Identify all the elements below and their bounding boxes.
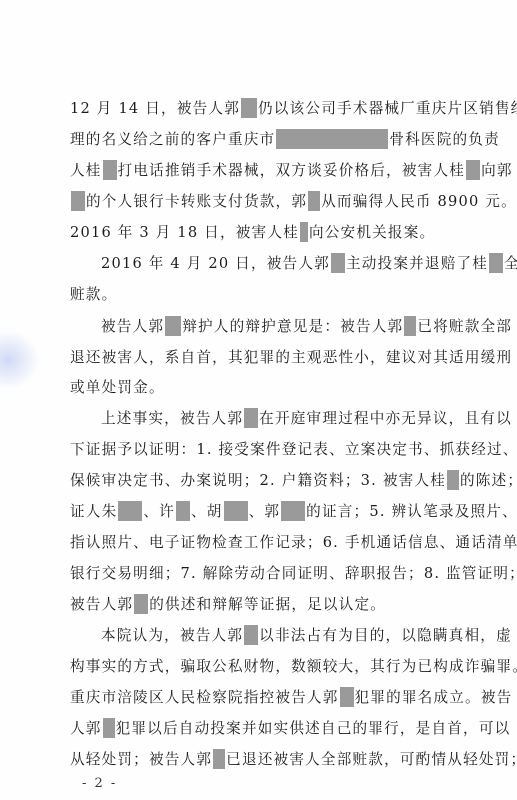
- text-span: 的证言；5. 辨认笔录及照片、: [306, 503, 517, 520]
- redaction-block: [165, 316, 181, 336]
- text-line: 银行交易明细；7. 解除劳动合同证明、辞职报告；8. 监管证明；9.: [70, 563, 480, 585]
- redaction-block: [224, 501, 248, 521]
- text-span: 或单处罚金。: [70, 379, 165, 396]
- text-span: 本院认为，被告人郭: [101, 627, 243, 644]
- text-line: 被告人郭的供述和辩解等证据，足以认定。: [70, 594, 480, 616]
- redaction-block: [118, 501, 142, 521]
- text-line: 从轻处罚；被告人郭已退还被害人全部赃款，可酌情从轻处罚；: [70, 749, 480, 771]
- text-span: 人郭: [70, 720, 102, 737]
- text-span: 全部: [504, 255, 517, 272]
- text-span: 2016 年 4 月 20 日，被告人郭: [101, 255, 330, 272]
- text-span: 主动投案并退赔了桂: [346, 255, 488, 272]
- text-span: 保候审决定书、办案说明；2. 户籍资料；3. 被害人桂: [70, 472, 446, 489]
- text-span: 上述事实，被告人郭: [101, 410, 243, 427]
- text-line: 本院认为，被告人郭以非法占有为目的，以隐瞒真相，虚: [101, 625, 480, 647]
- text-span: 从而骗得人民币 8900 元。: [321, 193, 517, 210]
- redaction-block: [308, 191, 320, 211]
- text-span: 、许: [143, 503, 175, 520]
- text-line: 证人朱、许、胡、郭的证言；5. 辨认笔录及照片、: [70, 501, 480, 523]
- text-span: 犯罪的罪名成立。被告: [355, 689, 513, 706]
- text-span: 银行交易明细；7. 解除劳动合同证明、辞职报告；8. 监管证明；9.: [70, 565, 517, 582]
- redaction-block: [466, 160, 480, 180]
- text-span: 已将赃款全部: [417, 318, 512, 335]
- scan-artifact: [0, 330, 40, 390]
- text-span: 以非法占有为目的，以隐瞒真相，虚: [259, 627, 512, 644]
- text-span: 向郭: [481, 162, 513, 179]
- text-line: 被告人郭辩护人的辩护意见是：被告人郭已将赃款全部: [101, 316, 480, 338]
- redaction-block: [489, 253, 503, 273]
- text-span: 证人朱: [70, 503, 117, 520]
- redaction-block: [244, 408, 258, 428]
- text-line: 人桂打电话推销手术器械，双方谈妥价格后，被害人桂向郭: [70, 160, 480, 182]
- redaction-block: [300, 222, 308, 242]
- text-span: 的供述和辩解等证据，足以认定。: [149, 596, 386, 613]
- text-span: 骨科医院的负责: [389, 131, 500, 148]
- redaction-block: [340, 687, 354, 707]
- text-span: 构事实的方式，骗取公私财物，数额较大，其行为已构成诈骗罪。: [70, 658, 517, 675]
- text-line: 上述事实，被告人郭在开庭审理过程中亦无异议，且有以: [101, 408, 480, 430]
- text-line: 指认照片、电子证物检查工作记录；6. 手机通话信息、通话清单、: [70, 532, 480, 554]
- text-span: 退还被害人，系自首，其犯罪的主观恶性小，建议对其适用缓刑: [70, 349, 512, 366]
- text-span: 指认照片、电子证物检查工作记录；6. 手机通话信息、通话清单、: [70, 534, 517, 551]
- text-span: 被告人郭: [101, 318, 164, 335]
- redaction-block: [447, 470, 459, 490]
- text-span: 2016 年 3 月 18 日，被害人桂: [70, 224, 299, 241]
- document-page: 12 月 14 日，被告人郭仍以该公司手术器械厂重庆片区销售经 理的名义给之前的…: [0, 0, 517, 800]
- text-span: 理的名义给之前的客户重庆市: [70, 131, 275, 148]
- redaction-block: [134, 594, 148, 614]
- text-line: 重庆市涪陵区人民检察院指控被告人郭犯罪的罪名成立。被告: [70, 687, 480, 709]
- text-line: 理的名义给之前的客户重庆市骨科医院的负责: [70, 129, 480, 151]
- redaction-block: [213, 749, 225, 769]
- redaction-block: [176, 501, 190, 521]
- redaction-block: [281, 501, 305, 521]
- text-span: 辩护人的辩护意见是：被告人郭: [182, 318, 403, 335]
- text-line: 2016 年 3 月 18 日，被害人桂向公安机关报案。: [70, 222, 480, 244]
- text-line: 保候审决定书、办案说明；2. 户籍资料；3. 被害人桂的陈述；4.: [70, 470, 480, 492]
- text-span: 已退还被害人全部赃款，可酌情从轻处罚；: [226, 751, 517, 768]
- text-span: 、胡: [191, 503, 223, 520]
- text-line: 人郭犯罪以后自动投案并如实供述自己的罪行，是自首，可以: [70, 718, 480, 740]
- text-line: 赃款。: [70, 284, 480, 306]
- text-line: 或单处罚金。: [70, 377, 480, 399]
- text-line: 退还被害人，系自首，其犯罪的主观恶性小，建议对其适用缓刑: [70, 347, 480, 369]
- text-span: 被告人郭: [70, 596, 133, 613]
- page-number: - 2 -: [82, 776, 117, 791]
- redaction-block: [244, 625, 258, 645]
- text-span: 重庆市涪陵区人民检察院指控被告人郭: [70, 689, 339, 706]
- text-span: 人桂: [70, 162, 102, 179]
- text-line: 的个人银行卡转账支付货款，郭从而骗得人民币 8900 元。: [70, 191, 480, 213]
- redaction-block: [331, 253, 345, 273]
- text-line: 12 月 14 日，被告人郭仍以该公司手术器械厂重庆片区销售经: [70, 98, 480, 120]
- text-span: 在开庭审理过程中亦无异议，且有以: [259, 410, 512, 427]
- text-span: 的个人银行卡转账支付货款，郭: [86, 193, 307, 210]
- text-line: 下证据予以证明：1. 接受案件登记表、立案决定书、抓获经过、取: [70, 439, 480, 461]
- redaction-block: [241, 98, 257, 118]
- text-line: 2016 年 4 月 20 日，被告人郭主动投案并退赔了桂全部: [101, 253, 480, 275]
- redaction-block: [276, 129, 388, 149]
- text-span: 、郭: [249, 503, 281, 520]
- redaction-block: [103, 160, 117, 180]
- text-line: 构事实的方式，骗取公私财物，数额较大，其行为已构成诈骗罪。: [70, 656, 480, 678]
- text-span: 的陈述；4.: [460, 472, 517, 489]
- text-span: 赃款。: [70, 286, 117, 303]
- text-span: 从轻处罚；被告人郭: [70, 751, 212, 768]
- text-span: 下证据予以证明：1. 接受案件登记表、立案决定书、抓获经过、取: [70, 441, 517, 458]
- text-span: 犯罪以后自动投案并如实供述自己的罪行，是自首，可以: [116, 720, 511, 737]
- text-span: 向公安机关报案。: [309, 224, 435, 241]
- text-span: 仍以该公司手术器械厂重庆片区销售经: [258, 100, 517, 117]
- text-span: 打电话推销手术器械，双方谈妥价格后，被害人桂: [118, 162, 465, 179]
- text-span: 12 月 14 日，被告人郭: [70, 100, 240, 117]
- redaction-block: [71, 191, 85, 211]
- redaction-block: [103, 718, 115, 738]
- redaction-block: [404, 316, 416, 336]
